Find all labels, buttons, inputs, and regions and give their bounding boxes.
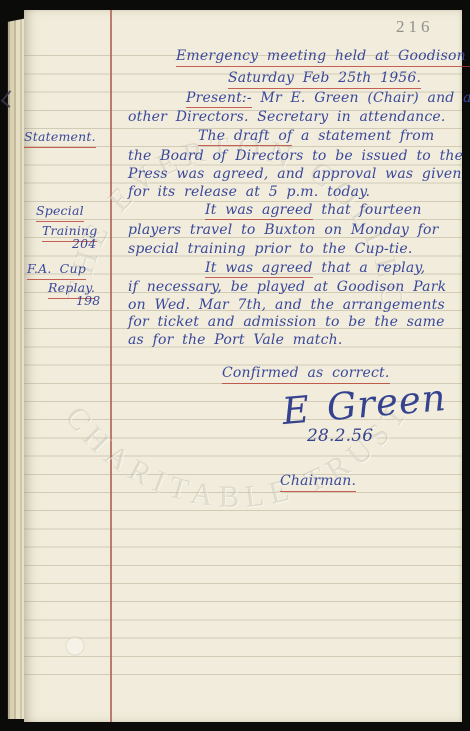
- margin-note-special: Special: [36, 202, 84, 222]
- margin-page-ref: 204: [72, 235, 96, 253]
- minute-line: for ticket and admission to be the same: [128, 313, 445, 331]
- underlined-phrase: It was agreed: [205, 202, 313, 220]
- minute-line: the Board of Directors to be issued to t…: [128, 147, 463, 165]
- present-line-1: Present:- Mr E. Green (Chair) and all: [186, 89, 470, 107]
- underlined-phrase: The draft of: [198, 128, 292, 146]
- line-text: a statement from: [292, 128, 434, 144]
- confirmed-as-correct: Confirmed as correct.: [222, 364, 390, 384]
- minute-line: on Wed. Mar 7th, and the arrangements: [128, 296, 445, 314]
- book-page-edges: [7, 13, 24, 719]
- heading-line-2: Saturday Feb 25th 1956.: [228, 69, 421, 89]
- minute-line: The draft of a statement from: [198, 127, 434, 145]
- minute-line: It was agreed that a replay,: [205, 259, 425, 277]
- present-line-2: other Directors. Secretary in attendance…: [128, 108, 446, 126]
- minute-line: special training prior to the Cup-tie.: [128, 240, 413, 258]
- minute-line: players travel to Buxton on Monday for: [128, 221, 439, 239]
- red-margin-line: [110, 10, 112, 722]
- margin-note-fa-cup: F.A. Cup: [27, 260, 86, 280]
- underlined-phrase: It was agreed: [205, 260, 313, 278]
- ledger-page: THE EVERTON COLLECTION THE EVERTON COLLE…: [24, 10, 462, 722]
- line-text: that a replay,: [313, 260, 426, 276]
- line-text: that fourteen: [313, 202, 422, 218]
- minute-line: if necessary, be played at Goodison Park: [128, 278, 446, 296]
- minute-line: for its release at 5 p.m. today.: [128, 183, 370, 201]
- margin-note-statement: Statement.: [24, 128, 96, 148]
- present-label: Present:-: [186, 90, 252, 108]
- present-names: Mr E. Green (Chair) and all: [252, 90, 470, 106]
- heading-line-1: Emergency meeting held at Goodison Park: [176, 47, 470, 67]
- minute-line: as for the Port Vale match.: [128, 331, 343, 349]
- chairman-label: Chairman.: [280, 472, 356, 492]
- minute-line: It was agreed that fourteen: [205, 201, 422, 219]
- scanned-minute-book-photo: THE EVERTON COLLECTION THE EVERTON COLLE…: [0, 0, 470, 731]
- minute-line: Press was agreed, and approval was given: [128, 165, 462, 183]
- page-number: 216: [396, 17, 434, 37]
- margin-page-ref: 198: [76, 292, 100, 310]
- signature-date: 28.2.56: [307, 427, 373, 445]
